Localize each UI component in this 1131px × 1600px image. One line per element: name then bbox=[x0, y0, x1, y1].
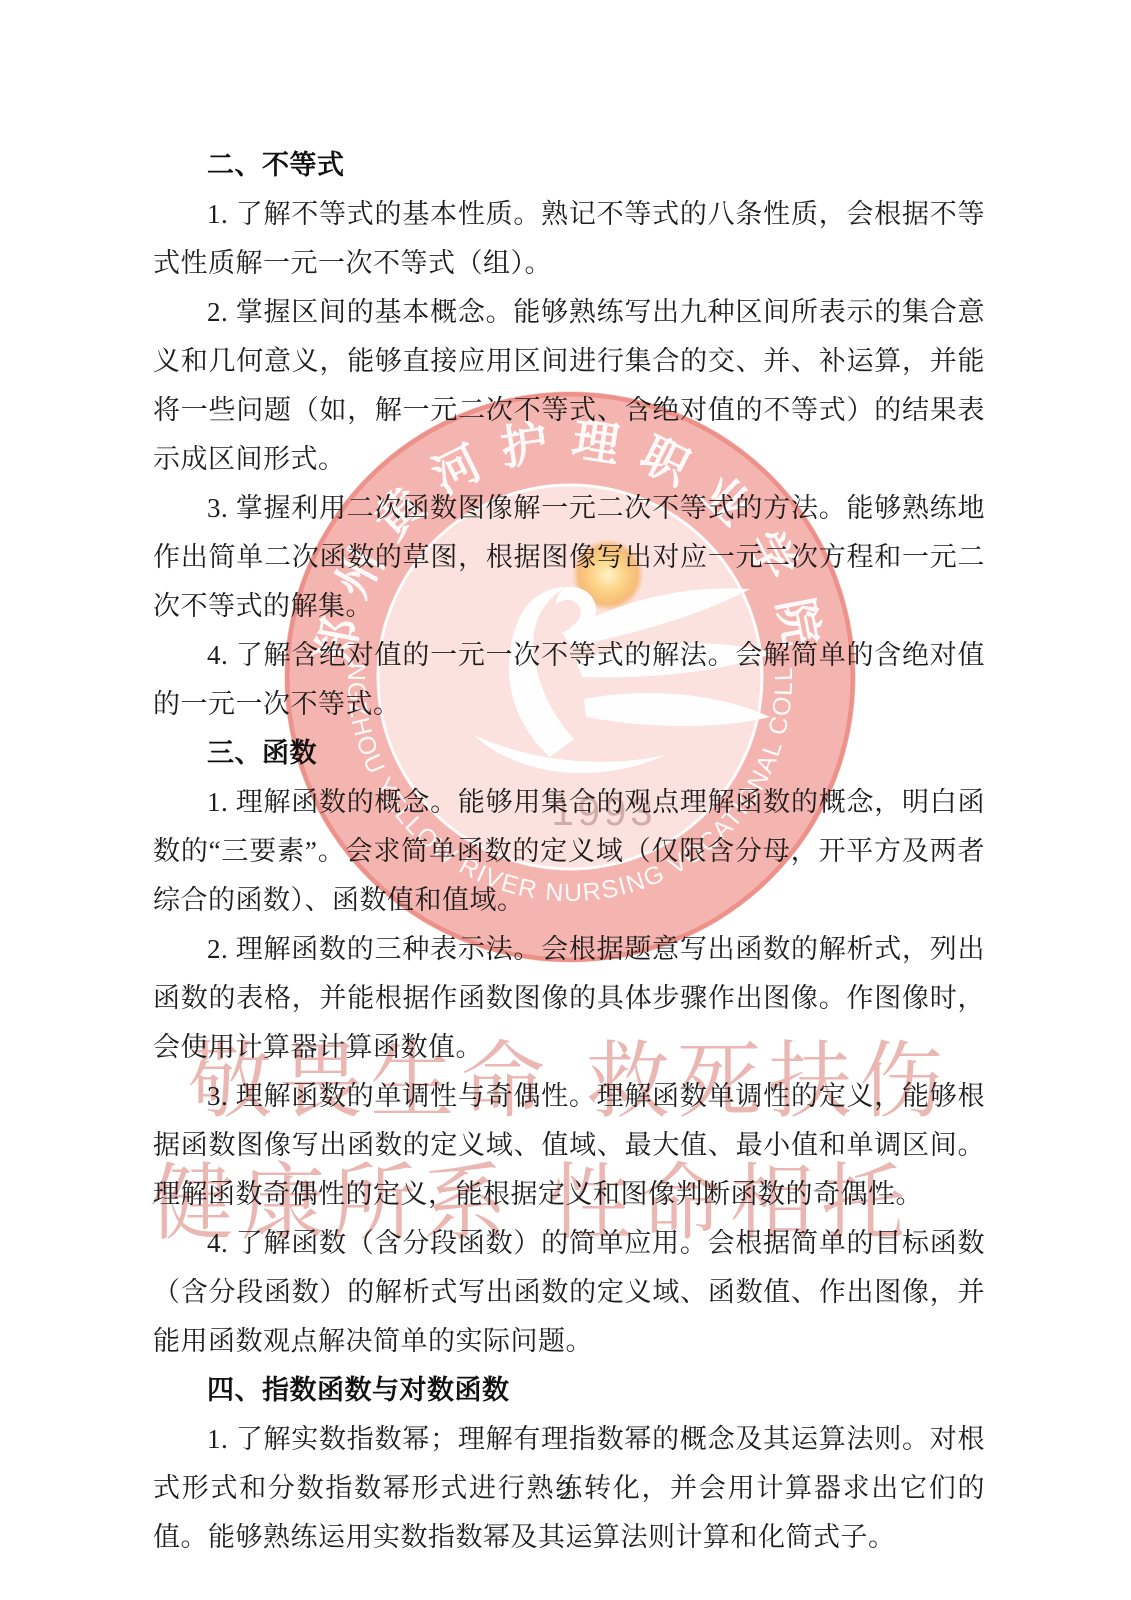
section-heading: 四、指数函数与对数函数 bbox=[153, 1366, 985, 1415]
document-paragraph: 4. 了解含绝对值的一元一次不等式的解法。会解简单的含绝对值的一元一次不等式。 bbox=[153, 631, 985, 729]
document-paragraph: 4. 了解函数（含分段函数）的简单应用。会根据简单的目标函数（含分段函数）的解析… bbox=[153, 1219, 985, 1366]
document-paragraph: 1. 理解函数的概念。能够用集合的观点理解函数的概念，明白函数的“三要素”。会求… bbox=[153, 778, 985, 925]
section-heading: 三、函数 bbox=[153, 729, 985, 778]
document-paragraph: 2. 掌握区间的基本概念。能够熟练写出九种区间所表示的集合意义和几何意义，能够直… bbox=[153, 288, 985, 484]
page-number: 2 bbox=[0, 1478, 1131, 1506]
document-body: 二、不等式1. 了解不等式的基本性质。熟记不等式的八条性质，会根据不等式性质解一… bbox=[153, 141, 985, 1562]
document-paragraph: 1. 了解不等式的基本性质。熟记不等式的八条性质，会根据不等式性质解一元一次不等… bbox=[153, 190, 985, 288]
document-paragraph: 3. 理解函数的单调性与奇偶性。理解函数单调性的定义，能够根据函数图像写出函数的… bbox=[153, 1072, 985, 1219]
section-heading: 二、不等式 bbox=[153, 141, 985, 190]
document-paragraph: 2. 理解函数的三种表示法。会根据题意写出函数的解析式，列出函数的表格，并能根据… bbox=[153, 925, 985, 1072]
document-page: 1993 郑州黄河护理职业学院 ZHENGZHOU YELLOW RIVER N… bbox=[0, 0, 1131, 1600]
document-paragraph: 3. 掌握利用二次函数图像解一元二次不等式的方法。能够熟练地作出简单二次函数的草… bbox=[153, 484, 985, 631]
